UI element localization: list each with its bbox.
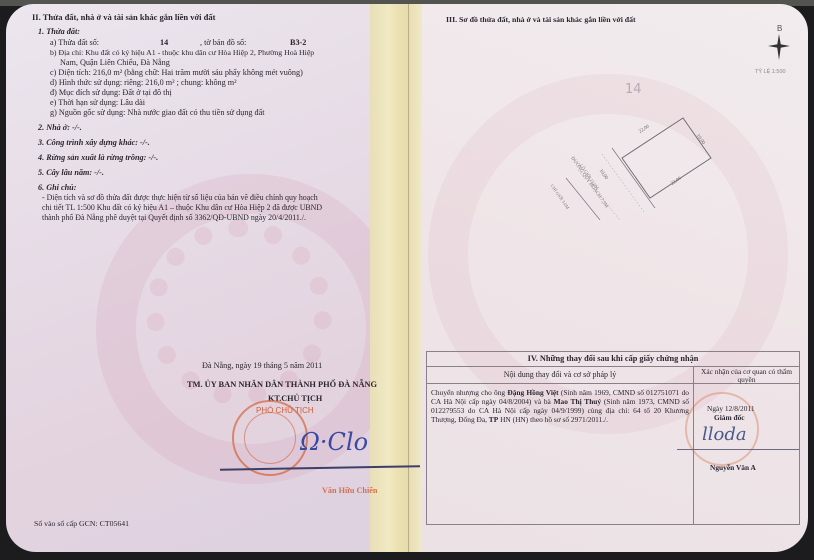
signature: Ω·Clo [300,428,368,456]
usage-purpose-line: đ) Mục đích sử dụng: Đất ở tại đô thị [50,88,172,98]
parcel-number-label: a) Thửa đất số: [50,38,99,48]
usage-origin-line: g) Nguồn gốc sử dụng: Nhà nước giao đất … [50,108,265,118]
col-header-confirmation: Xác nhận của cơ quan có thẩm quyền [694,368,799,383]
confirm-underline [677,449,799,450]
certificate-register-number: Số vào sổ cấp GCN: CT05641 [34,519,129,529]
parcel-number-value: 14 [160,38,168,48]
note-line-3: thành phố Đà Nẵng phê duyệt tại Quyết đị… [42,213,306,223]
map-sheet-value: B3-2 [290,38,306,48]
col-header-content: Nội dung thay đổi và cơ sở pháp lý [427,367,693,383]
house-heading: 2. Nhà ở: -/-. [38,123,82,133]
other-construction-heading: 3. Công trình xây dựng khác: -/-. [38,138,150,148]
compass-north-icon [766,30,792,64]
confirm-role: Giám đốc [714,413,745,423]
watermark-emblem-inner [146,219,332,405]
usage-term-line: e) Thời hạn sử dụng: Lâu dài [50,98,145,108]
note-line-1: - Diện tích và sơ đồ thửa đất được thực … [42,193,318,203]
note-line-2: chi tiết TL 1:500 Khu đất có ký hiệu A1 … [42,203,322,213]
city-abbr: TP [489,415,498,424]
transferee-2: Mao Thị Thuý [554,397,602,406]
parcel-diagram [540,90,740,220]
change-entry: Chuyển nhượng cho ông Đặng Hồng Việt (Si… [431,388,689,424]
book-spine [370,4,422,552]
changes-table-title: IV. Những thay đổi sau khi cấp giấy chứn… [427,352,799,367]
address-line-1: b) Địa chỉ: Khu đất có ký hiệu A1 - thuộ… [50,48,314,58]
entry-text: Chuyển nhượng cho ông [431,388,507,397]
map-scale: TỶ LỆ 1:500 [755,67,786,77]
confirm-signature: lloda [702,424,747,445]
signer-name: Văn Hữu Chiến [322,486,377,496]
address-line-2: Nam, Quận Liên Chiểu, Đà Nẵng [60,58,170,68]
parcel-heading: 1. Thửa đất: [38,27,80,37]
usage-form-line: d) Hình thức sử dụng: riêng: 216,0 m² ; … [50,78,237,88]
seal-inner-ring [244,412,296,464]
spine-fold [408,4,409,552]
changes-table: IV. Những thay đổi sau khi cấp giấy chứn… [426,351,800,525]
notes-heading: 6. Ghi chú: [38,183,76,193]
entry-text: HN (HN) theo hồ sơ số 2971/2011./. [498,415,608,424]
section-ii-title: II. Thửa đất, nhà ở và tài sản khác gắn … [32,12,215,22]
changes-table-header: Nội dung thay đổi và cơ sở pháp lý Xác n… [427,367,799,384]
section-iii-title: III. Sơ đồ thửa đất, nhà ở và tài sản kh… [446,15,636,25]
signer-role-stamp: PHÓ CHỦ TỊCH [256,406,314,416]
area-line: c) Diện tích: 216,0 m² (bằng chữ: Hai tr… [50,68,303,78]
issuing-authority: TM. ỦY BAN NHÂN DÂN THÀNH PHỐ ĐÀ NẴNG [187,380,377,390]
forest-heading: 4. Rừng sản xuất là rừng trồng: -/-. [38,153,158,163]
perennial-heading: 5. Cây lâu năm: -/-. [38,168,104,178]
transferee-1: Đặng Hồng Việt [507,388,558,397]
confirm-signer: Nguyễn Văn A [710,463,756,473]
map-sheet-label: , tờ bản đồ số: [200,38,246,48]
issue-date: Đà Nẵng, ngày 19 tháng 5 năm 2011 [202,361,322,371]
